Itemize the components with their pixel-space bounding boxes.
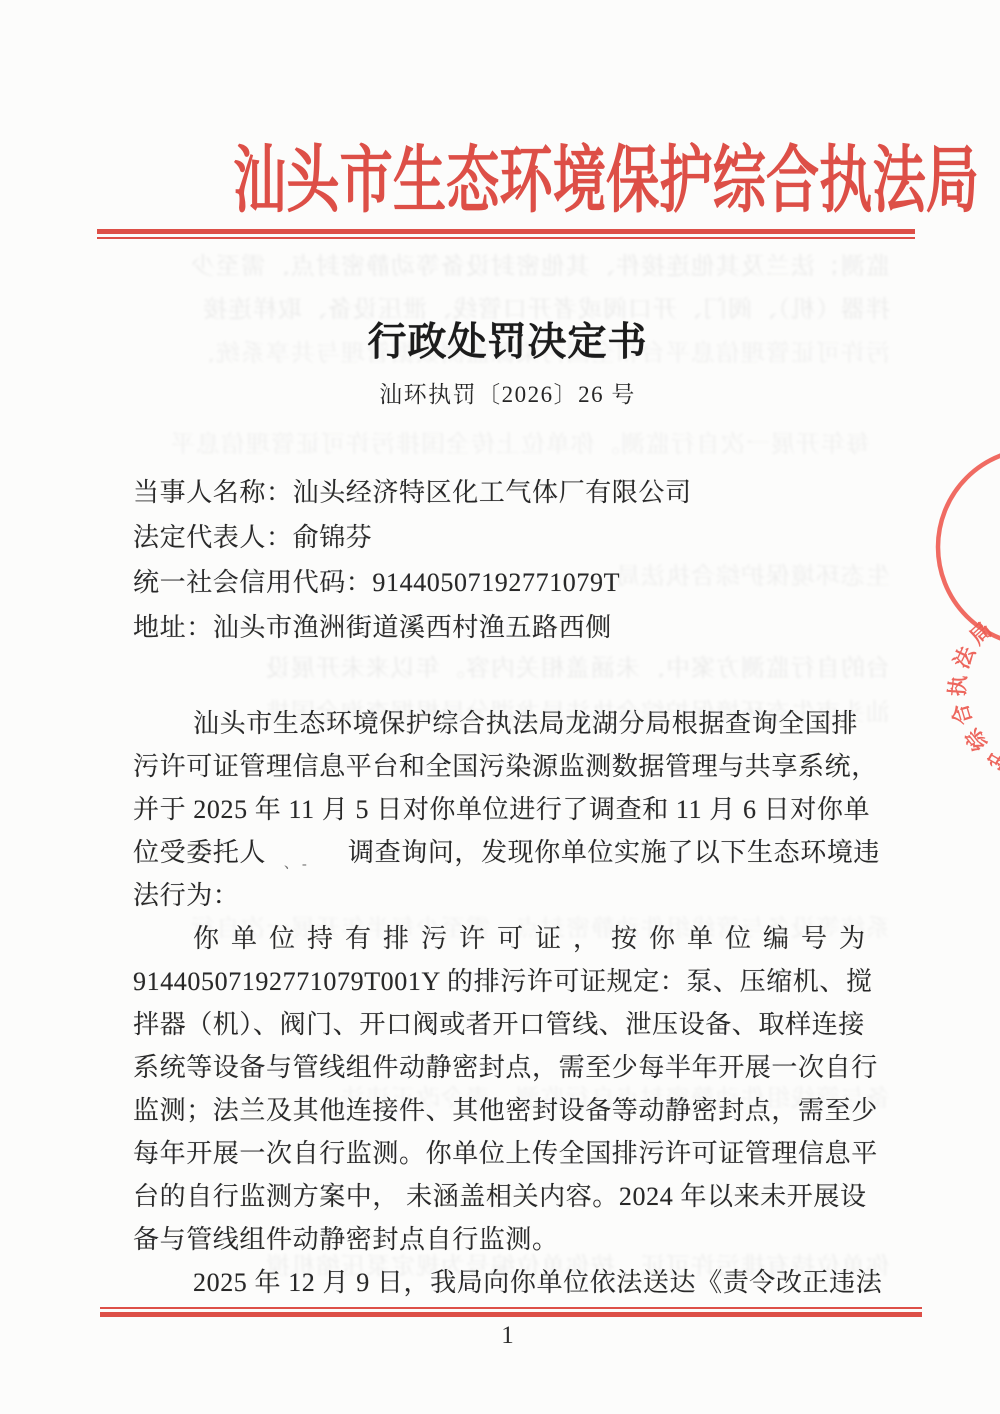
document-body: 汕头市生态环境保护综合执法局龙湖分局根据查询全国排 污许可证管理信息平台和全国污… (133, 702, 885, 1304)
address-label: 地址： (133, 613, 213, 642)
body-line: 每年开展一次自行监测。你单位上传全国排污许可证管理信息平 (133, 1132, 885, 1175)
legal-rep-value: 俞锦芬 (293, 523, 373, 552)
body-line: 91440507192771079T001Y 的排污许可证规定：泵、压缩机、搅 (133, 960, 885, 1003)
redacted-line-suffix: 调查询问，发现你单位实施了以下生态环境违 (348, 838, 880, 867)
address-value: 汕头市渔洲街道溪西村渔五路西侧 (213, 613, 612, 642)
bleedthrough-line: 拌器（机）、阀门、开口阀或者开口管线、泄压设备、取样连接 (130, 289, 890, 319)
body-line: 污许可证管理信息平台和全国污染源监测数据管理与共享系统， (133, 745, 885, 788)
agency-name: 汕头市生态环境保护综合执法局 (233, 138, 979, 224)
body-line: 汕头市生态环境保护综合执法局龙湖分局根据查询全国排 (133, 702, 885, 745)
svg-text:汕头市生态环境保护综合执法局: 汕头市生态环境保护综合执法局 (945, 611, 1000, 780)
party-info-block: 当事人名称：汕头经济特区化工气体厂有限公司 法定代表人：俞锦芬 统一社会信用代码… (133, 470, 893, 650)
party-name-row: 当事人名称：汕头经济特区化工气体厂有限公司 (133, 470, 893, 515)
seal-ring (938, 449, 1000, 645)
party-name-value: 汕头经济特区化工气体厂有限公司 (293, 478, 692, 507)
document-title: 行政处罚决定书 (133, 322, 882, 364)
document-number: 汕环执罚〔2026〕26 号 (133, 382, 882, 408)
scanned-penalty-decision-page: 监测；法兰及其他连接件、其他密封设备等动静密封点，需至少 拌器（机）、阀门、开口… (0, 0, 1000, 1414)
body-line: 监测；法兰及其他连接件、其他密封设备等动静密封点，需至少 (133, 1089, 885, 1132)
body-line: 法行为： (133, 874, 885, 917)
credit-code-value: 91440507192771079T (372, 568, 620, 597)
body-line: 备与管线组件动静密封点自行监测。 (133, 1218, 885, 1261)
bleedthrough-line: 台的自行监测方案中，未涵盖相关内容。年以来未开展设 (130, 648, 890, 678)
body-line: 你单位持有排污许可证，按你单位编号为 (133, 917, 885, 960)
body-line: 系统等设备与管线组件动静密封点，需至少每半年开展一次自行 (133, 1046, 885, 1089)
body-line: 拌器（机）、阀门、开口阀或者开口管线、泄压设备、取样连接 (133, 1003, 885, 1046)
redacted-line-prefix: 位受委托人 (133, 838, 266, 867)
body-line-redacted: 位受委托人、-调查询问，发现你单位实施了以下生态环境违 (133, 831, 885, 874)
page-number: 1 (133, 1322, 882, 1350)
letterhead-divider (97, 229, 915, 239)
legal-rep-row: 法定代表人：俞锦芬 (133, 515, 893, 560)
footer-divider (100, 1307, 922, 1317)
body-line: 2025 年 12 月 9 日，我局向你单位依法送达《责令改正违法 (133, 1261, 885, 1304)
redaction-mark: 、- (284, 843, 311, 886)
seal-text: 汕头市生态环境保护综合执法局 (945, 611, 1000, 780)
bleedthrough-line: 监测；法兰及其他连接件、其他密封设备等动静密封点，需至少 (130, 246, 890, 276)
official-seal: 汕头市生态环境保护综合执法局 (860, 395, 1000, 705)
body-line: 台的自行监测方案中， 未涵盖相关内容。2024 年以来未开展设 (133, 1175, 885, 1218)
body-line: 并于 2025 年 11 月 5 日对你单位进行了调查和 11 月 6 日对你单 (133, 788, 885, 831)
address-row: 地址：汕头市渔洲街道溪西村渔五路西侧 (133, 605, 893, 650)
bleedthrough-line: 每年开展一次自行监测。你单位上传全国排污许可证管理信息平 (140, 424, 870, 454)
agency-letterhead: 汕头市生态环境保护综合执法局 (95, 138, 915, 230)
redaction-gap: 、- (266, 841, 348, 861)
party-name-label: 当事人名称： (133, 478, 293, 507)
credit-code-label: 统一社会信用代码： (133, 568, 372, 597)
credit-code-row: 统一社会信用代码：91440507192771079T (133, 560, 893, 605)
legal-rep-label: 法定代表人： (133, 523, 293, 552)
